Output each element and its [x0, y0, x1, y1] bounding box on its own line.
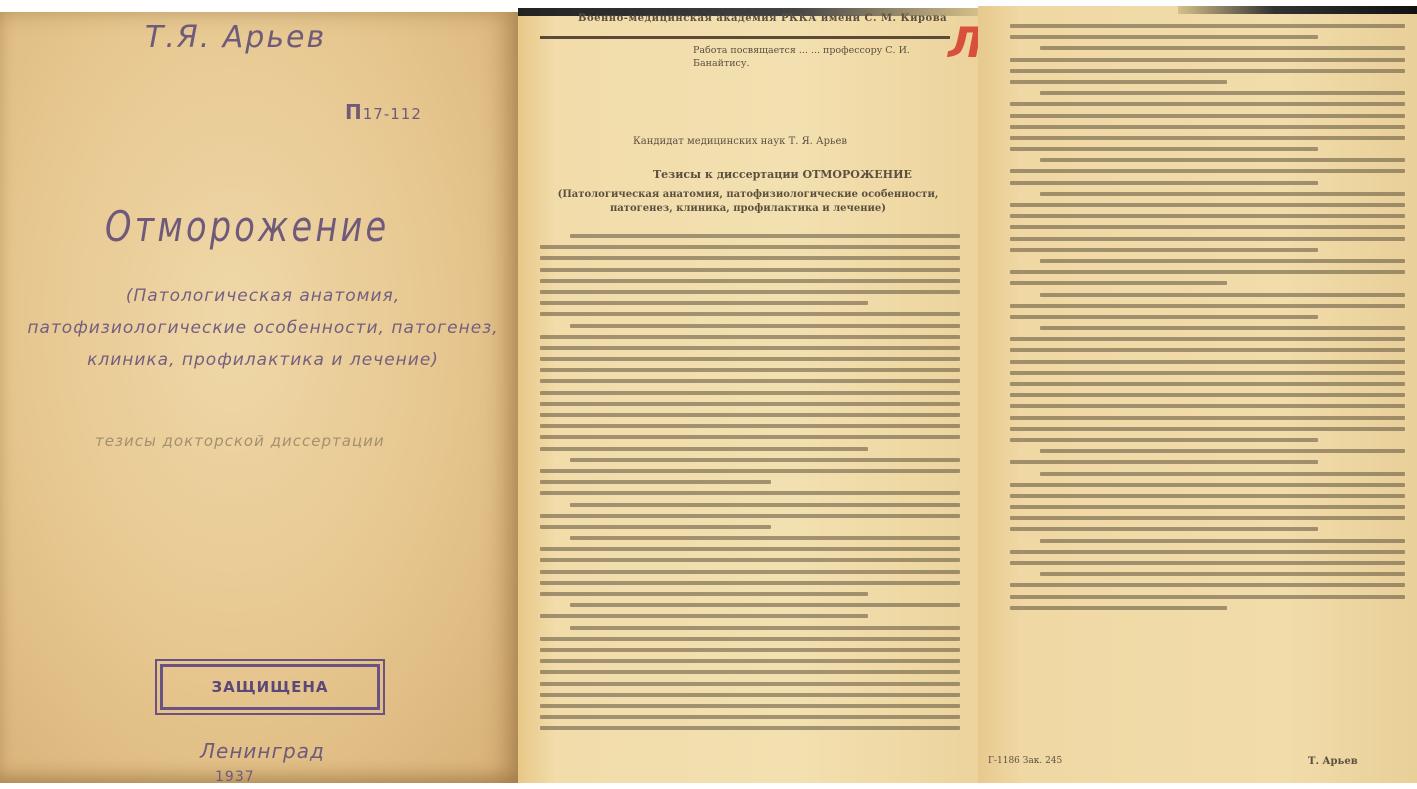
print-footer: Г-1186 Зак. 245 [988, 756, 1062, 766]
document-subtitle: (Патологическая анатомия, патофизиологич… [538, 188, 958, 216]
scan-edge [1178, 6, 1417, 14]
typed-page-1: Военно-медицинская академия РККА имени С… [518, 8, 980, 783]
body-text [1010, 24, 1405, 617]
shelf-mark-code: 17-112 [363, 105, 422, 123]
body-text [540, 234, 960, 737]
header-rule [540, 36, 950, 39]
institution-header: Военно-медицинская академия РККА имени С… [578, 13, 947, 24]
typed-page-2: Г-1186 Зак. 245 Т. Арьев [978, 6, 1417, 783]
cover-city: Ленинград [200, 739, 325, 763]
library-stamp: ЗАЩИЩЕНА [160, 664, 380, 710]
author-line: Кандидат медицинских наук Т. Я. Арьев [633, 136, 847, 147]
cover-subtitle: (Патологическая анатомия, патофизиологич… [18, 280, 508, 376]
shelf-mark: П17-112 [345, 100, 422, 124]
pencil-note: тезисы докторской диссертации [95, 432, 385, 450]
signature: Т. Арьев [1308, 756, 1358, 767]
cover-year: 1937 [215, 769, 255, 783]
dedication: Работа посвящается ... ... профессору С.… [693, 44, 953, 70]
cover-page: Т.Я. Арьев П17-112 Отморожение (Патологи… [0, 12, 518, 783]
document-title: Тезисы к диссертации ОТМОРОЖЕНИЕ [653, 168, 912, 181]
cover-author: Т.Я. Арьев [145, 20, 326, 55]
shelf-mark-letter: П [345, 100, 363, 124]
cover-title: Отморожение [105, 202, 389, 251]
